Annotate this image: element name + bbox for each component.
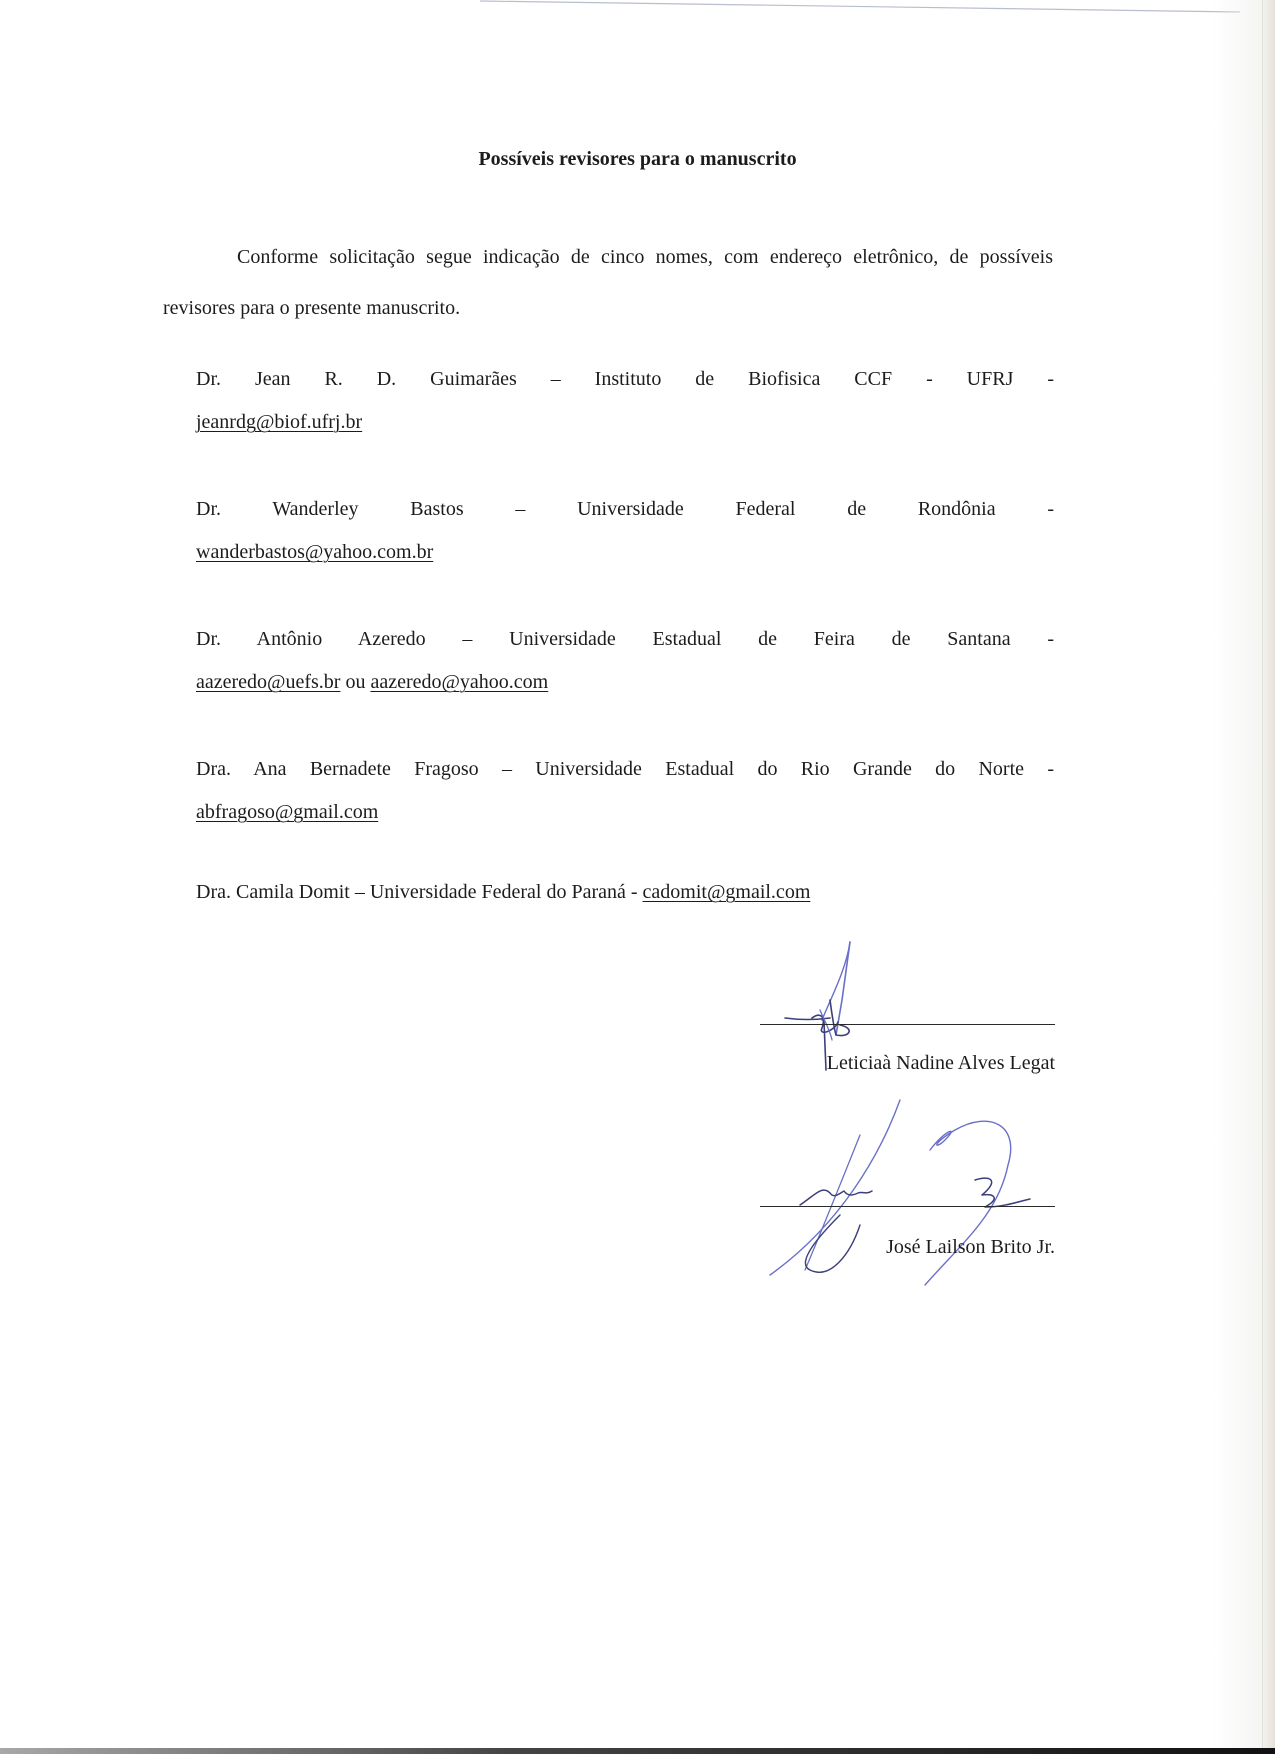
reviewer-email-link[interactable]: aazeredo@yahoo.com [370, 671, 548, 693]
reviewer-affiliation: Dr. Wanderley Bastos – Universidade Fede… [196, 488, 1054, 531]
reviewer-entry: Dr. Jean R. D. Guimarães – Instituto de … [196, 358, 1054, 444]
intro-paragraph: Conforme solicitação segue indicação de … [163, 232, 1053, 334]
email-joiner: ou [340, 671, 370, 693]
reviewer-affiliation: Dr. Jean R. D. Guimarães – Instituto de … [196, 358, 1054, 401]
scanned-page: Possíveis revisores para o manuscrito Co… [0, 0, 1275, 1754]
signature-line [760, 1024, 1055, 1025]
signature-line [760, 1206, 1055, 1207]
reviewer-email-link[interactable]: aazeredo@uefs.br [196, 671, 340, 693]
reviewer-entry: Dr. Antônio Azeredo – Universidade Estad… [196, 618, 1054, 704]
reviewer-email-link[interactable]: cadomit@gmail.com [643, 881, 811, 903]
scan-artifact-line [480, 0, 1240, 14]
handwritten-signature [760, 1095, 1060, 1305]
reviewer-email-link[interactable]: wanderbastos@yahoo.com.br [196, 541, 433, 563]
scan-bottom-edge [0, 1748, 1275, 1754]
reviewer-entry: Dra. Camila Domit – Universidade Federal… [196, 871, 1054, 914]
reviewer-entry: Dra. Ana Bernadete Fragoso – Universidad… [196, 748, 1054, 834]
reviewer-affiliation: Dr. Antônio Azeredo – Universidade Estad… [196, 618, 1054, 661]
scan-shadow [1213, 0, 1263, 1754]
reviewer-email-link[interactable]: jeanrdg@biof.ufrj.br [196, 411, 362, 433]
reviewer-affiliation: Dra. Ana Bernadete Fragoso – Universidad… [196, 748, 1054, 791]
page-title: Possíveis revisores para o manuscrito [0, 148, 1275, 171]
reviewer-email-link[interactable]: abfragoso@gmail.com [196, 801, 378, 823]
signatory-name: Leticiaà Nadine Alves Legat [827, 1052, 1055, 1075]
scan-right-edge [1262, 0, 1275, 1754]
signature-block [760, 1095, 1055, 1305]
reviewer-entry: Dr. Wanderley Bastos – Universidade Fede… [196, 488, 1054, 574]
reviewer-affiliation: Dra. Camila Domit – Universidade Federal… [196, 881, 643, 903]
signatory-name: José Lailson Brito Jr. [886, 1236, 1055, 1259]
